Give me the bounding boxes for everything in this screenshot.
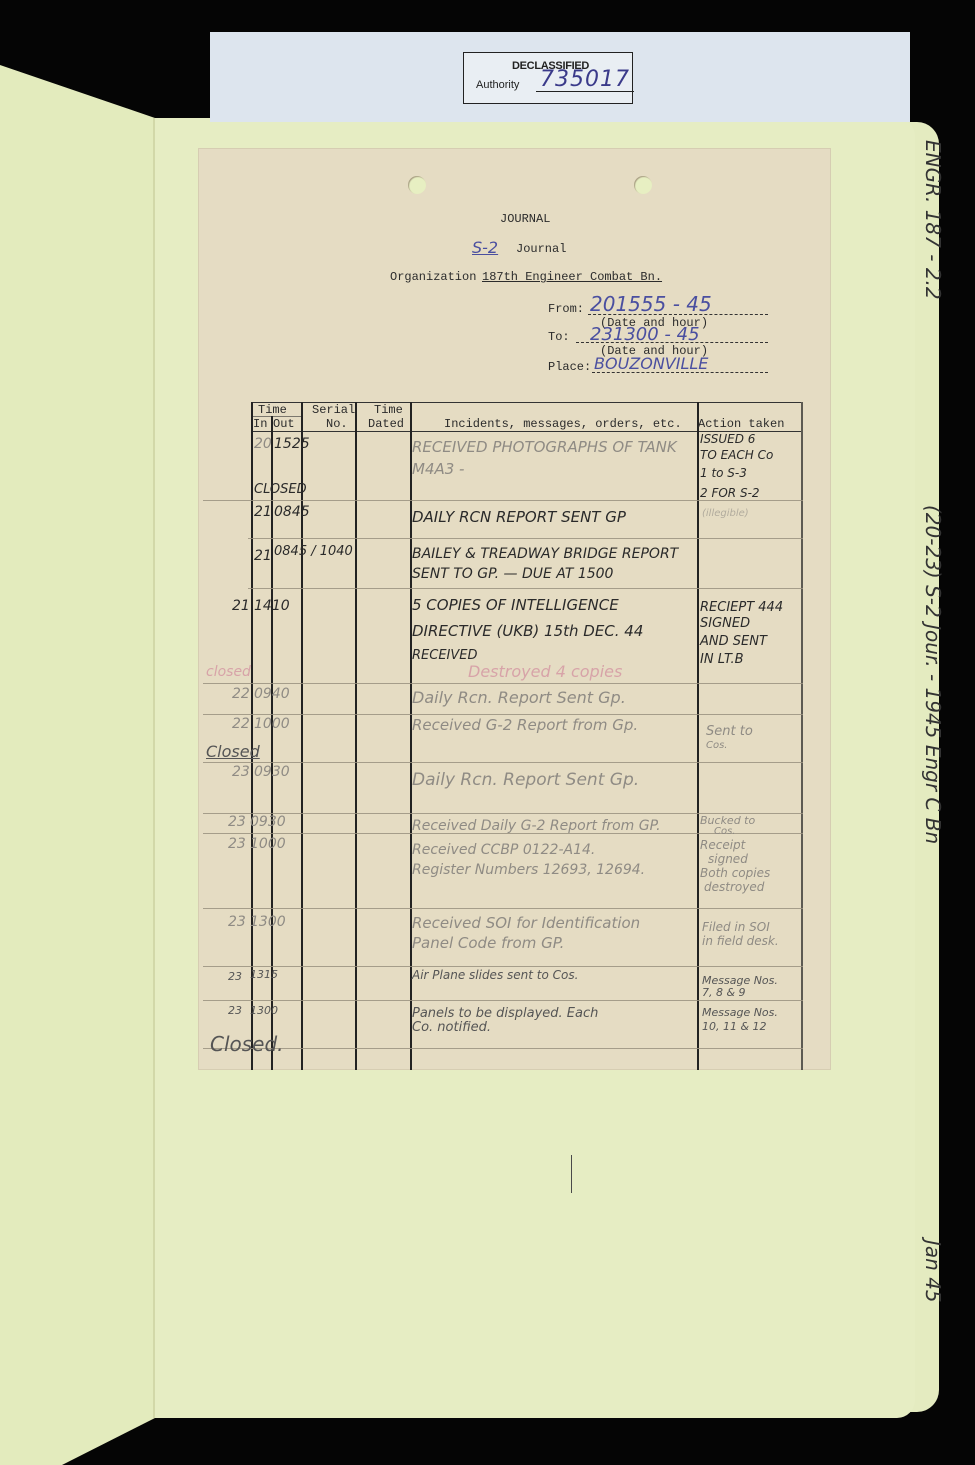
organization-label: Organization: [390, 270, 476, 284]
row-action: Cos.: [714, 826, 736, 837]
row-action: Message Nos.: [702, 1006, 778, 1019]
row-red-note: Destroyed 4 copies: [468, 662, 622, 681]
row-closed-note: Closed.: [210, 1032, 284, 1056]
row-separator: [203, 966, 803, 967]
section-code: S-2: [472, 238, 498, 257]
row-action: IN LT.B: [700, 652, 744, 667]
row-day: 21: [232, 598, 250, 614]
row-action: Cos.: [706, 740, 728, 751]
to-label: To:: [548, 330, 570, 344]
row-day: 23: [232, 764, 250, 780]
folder-crease: [153, 118, 155, 1418]
row-day: 23: [228, 914, 246, 930]
row-incident: M4A3 -: [412, 460, 464, 478]
row-time: 1525: [274, 436, 310, 452]
journal-page: JOURNAL S-2 Journal Organization 187th E…: [198, 148, 831, 1070]
punch-hole-left: [408, 176, 426, 194]
row-incident: 5 COPIES OF INTELLIGENCE: [412, 596, 619, 614]
header-time-dated-1: Time: [374, 403, 403, 417]
row-day: 22: [232, 716, 250, 732]
pencil-mark: [571, 1155, 572, 1193]
row-time: 0940: [254, 686, 290, 702]
row-action: signed: [708, 852, 748, 866]
row-action: Sent to: [706, 724, 753, 739]
row-incident: SENT TO GP. — DUE AT 1500: [412, 566, 613, 582]
punch-hole-right: [634, 176, 652, 194]
authority-number: 735017: [536, 69, 634, 92]
row-closed-note: CLOSED: [254, 482, 307, 497]
row-day: 21: [254, 504, 272, 520]
row-day: 23: [228, 836, 246, 852]
row-separator: [203, 714, 803, 715]
row-action: ISSUED 6: [700, 432, 755, 446]
to-underline: [576, 342, 768, 343]
row-time: 1300: [250, 1004, 278, 1017]
declassification-stamp: DECLASSIFIED Authority 735017: [463, 52, 633, 104]
row-action: SIGNED: [700, 616, 750, 631]
place-label: Place:: [548, 360, 591, 374]
row-action: destroyed: [704, 880, 764, 894]
row-separator: [203, 1048, 803, 1049]
header-action: Action taken: [698, 417, 784, 431]
row-incident: Daily Rcn. Report Sent Gp.: [412, 770, 639, 790]
row-time: 0845: [274, 504, 310, 520]
col-border-dated: [355, 402, 357, 1070]
row-action: TO EACH Co: [700, 448, 773, 462]
from-label: From:: [548, 302, 584, 316]
row-incident: Panels to be displayed. Each: [412, 1006, 598, 1021]
row-closed-note: Closed: [206, 742, 260, 761]
row-incident: Register Numbers 12693, 12694.: [412, 862, 645, 878]
header-in: In: [253, 417, 267, 431]
place-underline: [592, 372, 768, 373]
row-time: 1300: [250, 914, 286, 930]
row-incident: RECEIVED: [412, 648, 478, 663]
row-action: Receipt: [700, 838, 745, 852]
journal-heading: JOURNAL: [500, 212, 550, 226]
row-incident: Co. notified.: [412, 1020, 491, 1035]
organization-value: 187th Engineer Combat Bn.: [482, 270, 662, 284]
authority-label: Authority: [476, 79, 519, 91]
row-incident: DAILY RCN REPORT SENT GP: [412, 508, 626, 526]
row-action: 1 to S-3: [700, 466, 747, 480]
row-separator: [203, 908, 803, 909]
tab-label-middle: (20-23) S-2 Jour. - 1945 Engr C Bn: [921, 505, 945, 844]
row-action: 2 FOR S-2: [700, 486, 760, 500]
row-incident: DIRECTIVE (UKB) 15th DEC. 44: [412, 622, 643, 640]
row-action: 7, 8 & 9: [702, 986, 746, 999]
row-action: AND SENT: [700, 634, 767, 649]
row-action: Both copies: [700, 866, 770, 880]
tab-label-bottom: Jan 45: [921, 1240, 945, 1303]
row-day: 23: [228, 814, 246, 830]
row-incident: Received CCBP 0122-A14.: [412, 842, 595, 858]
row-time: 0845 / 1040: [274, 544, 353, 559]
header-time: Time: [258, 403, 287, 417]
row-action: 10, 11 & 12: [702, 1020, 767, 1033]
header-serial-no: No.: [326, 417, 348, 431]
row-action: Filed in SOI: [702, 920, 770, 934]
row-action: (illegible): [702, 508, 749, 519]
row-day: 23: [228, 1004, 242, 1017]
row-red-closed-note: closed: [206, 664, 251, 680]
col-border-right: [801, 402, 803, 1070]
row-day: 22: [232, 686, 250, 702]
row-separator: [203, 762, 803, 763]
col-border-action: [697, 402, 699, 1070]
row-incident: Air Plane slides sent to Cos.: [412, 968, 578, 982]
from-underline: [588, 314, 768, 315]
section-label: Journal: [516, 242, 566, 256]
row-time: 1315: [250, 968, 278, 981]
row-incident: Received SOI for Identification: [412, 914, 640, 932]
folder-left-flap: [0, 0, 160, 1465]
row-separator: [248, 588, 803, 589]
from-value: 201555 - 45: [590, 292, 712, 316]
row-incident: Daily Rcn. Report Sent Gp.: [412, 688, 626, 707]
row-time: 0930: [254, 764, 290, 780]
row-incident: Received G-2 Report from Gp.: [412, 716, 638, 734]
row-incident: RECEIVED PHOTOGRAPHS OF TANK: [412, 438, 677, 456]
row-action: RECIEPT 444: [700, 600, 783, 615]
col-border-serial: [301, 402, 303, 1070]
header-serial: Serial: [312, 403, 355, 417]
row-day: 20: [254, 436, 272, 452]
row-separator: [203, 500, 803, 501]
header-time-dated-2: Dated: [368, 417, 404, 431]
row-separator: [248, 538, 803, 539]
row-separator: [203, 1000, 803, 1001]
row-incident: Panel Code from GP.: [412, 934, 564, 952]
row-time: 0930: [250, 814, 286, 830]
row-time: 1410: [254, 598, 290, 614]
header-out: Out: [273, 417, 295, 431]
tab-label-top: ENGR. 187 - 2.2: [921, 140, 945, 300]
place-value: BOUZONVILLE: [594, 354, 708, 373]
row-time: 1000: [254, 716, 290, 732]
row-incident: Received Daily G-2 Report from GP.: [412, 818, 661, 834]
row-separator: [203, 683, 803, 684]
header-incidents: Incidents, messages, orders, etc.: [444, 417, 682, 431]
row-incident: BAILEY & TREADWAY BRIDGE REPORT: [412, 546, 678, 562]
row-action: in field desk.: [702, 934, 779, 948]
row-day: 21: [254, 548, 272, 564]
row-day: 23: [228, 970, 242, 983]
row-time: 1000: [250, 836, 286, 852]
